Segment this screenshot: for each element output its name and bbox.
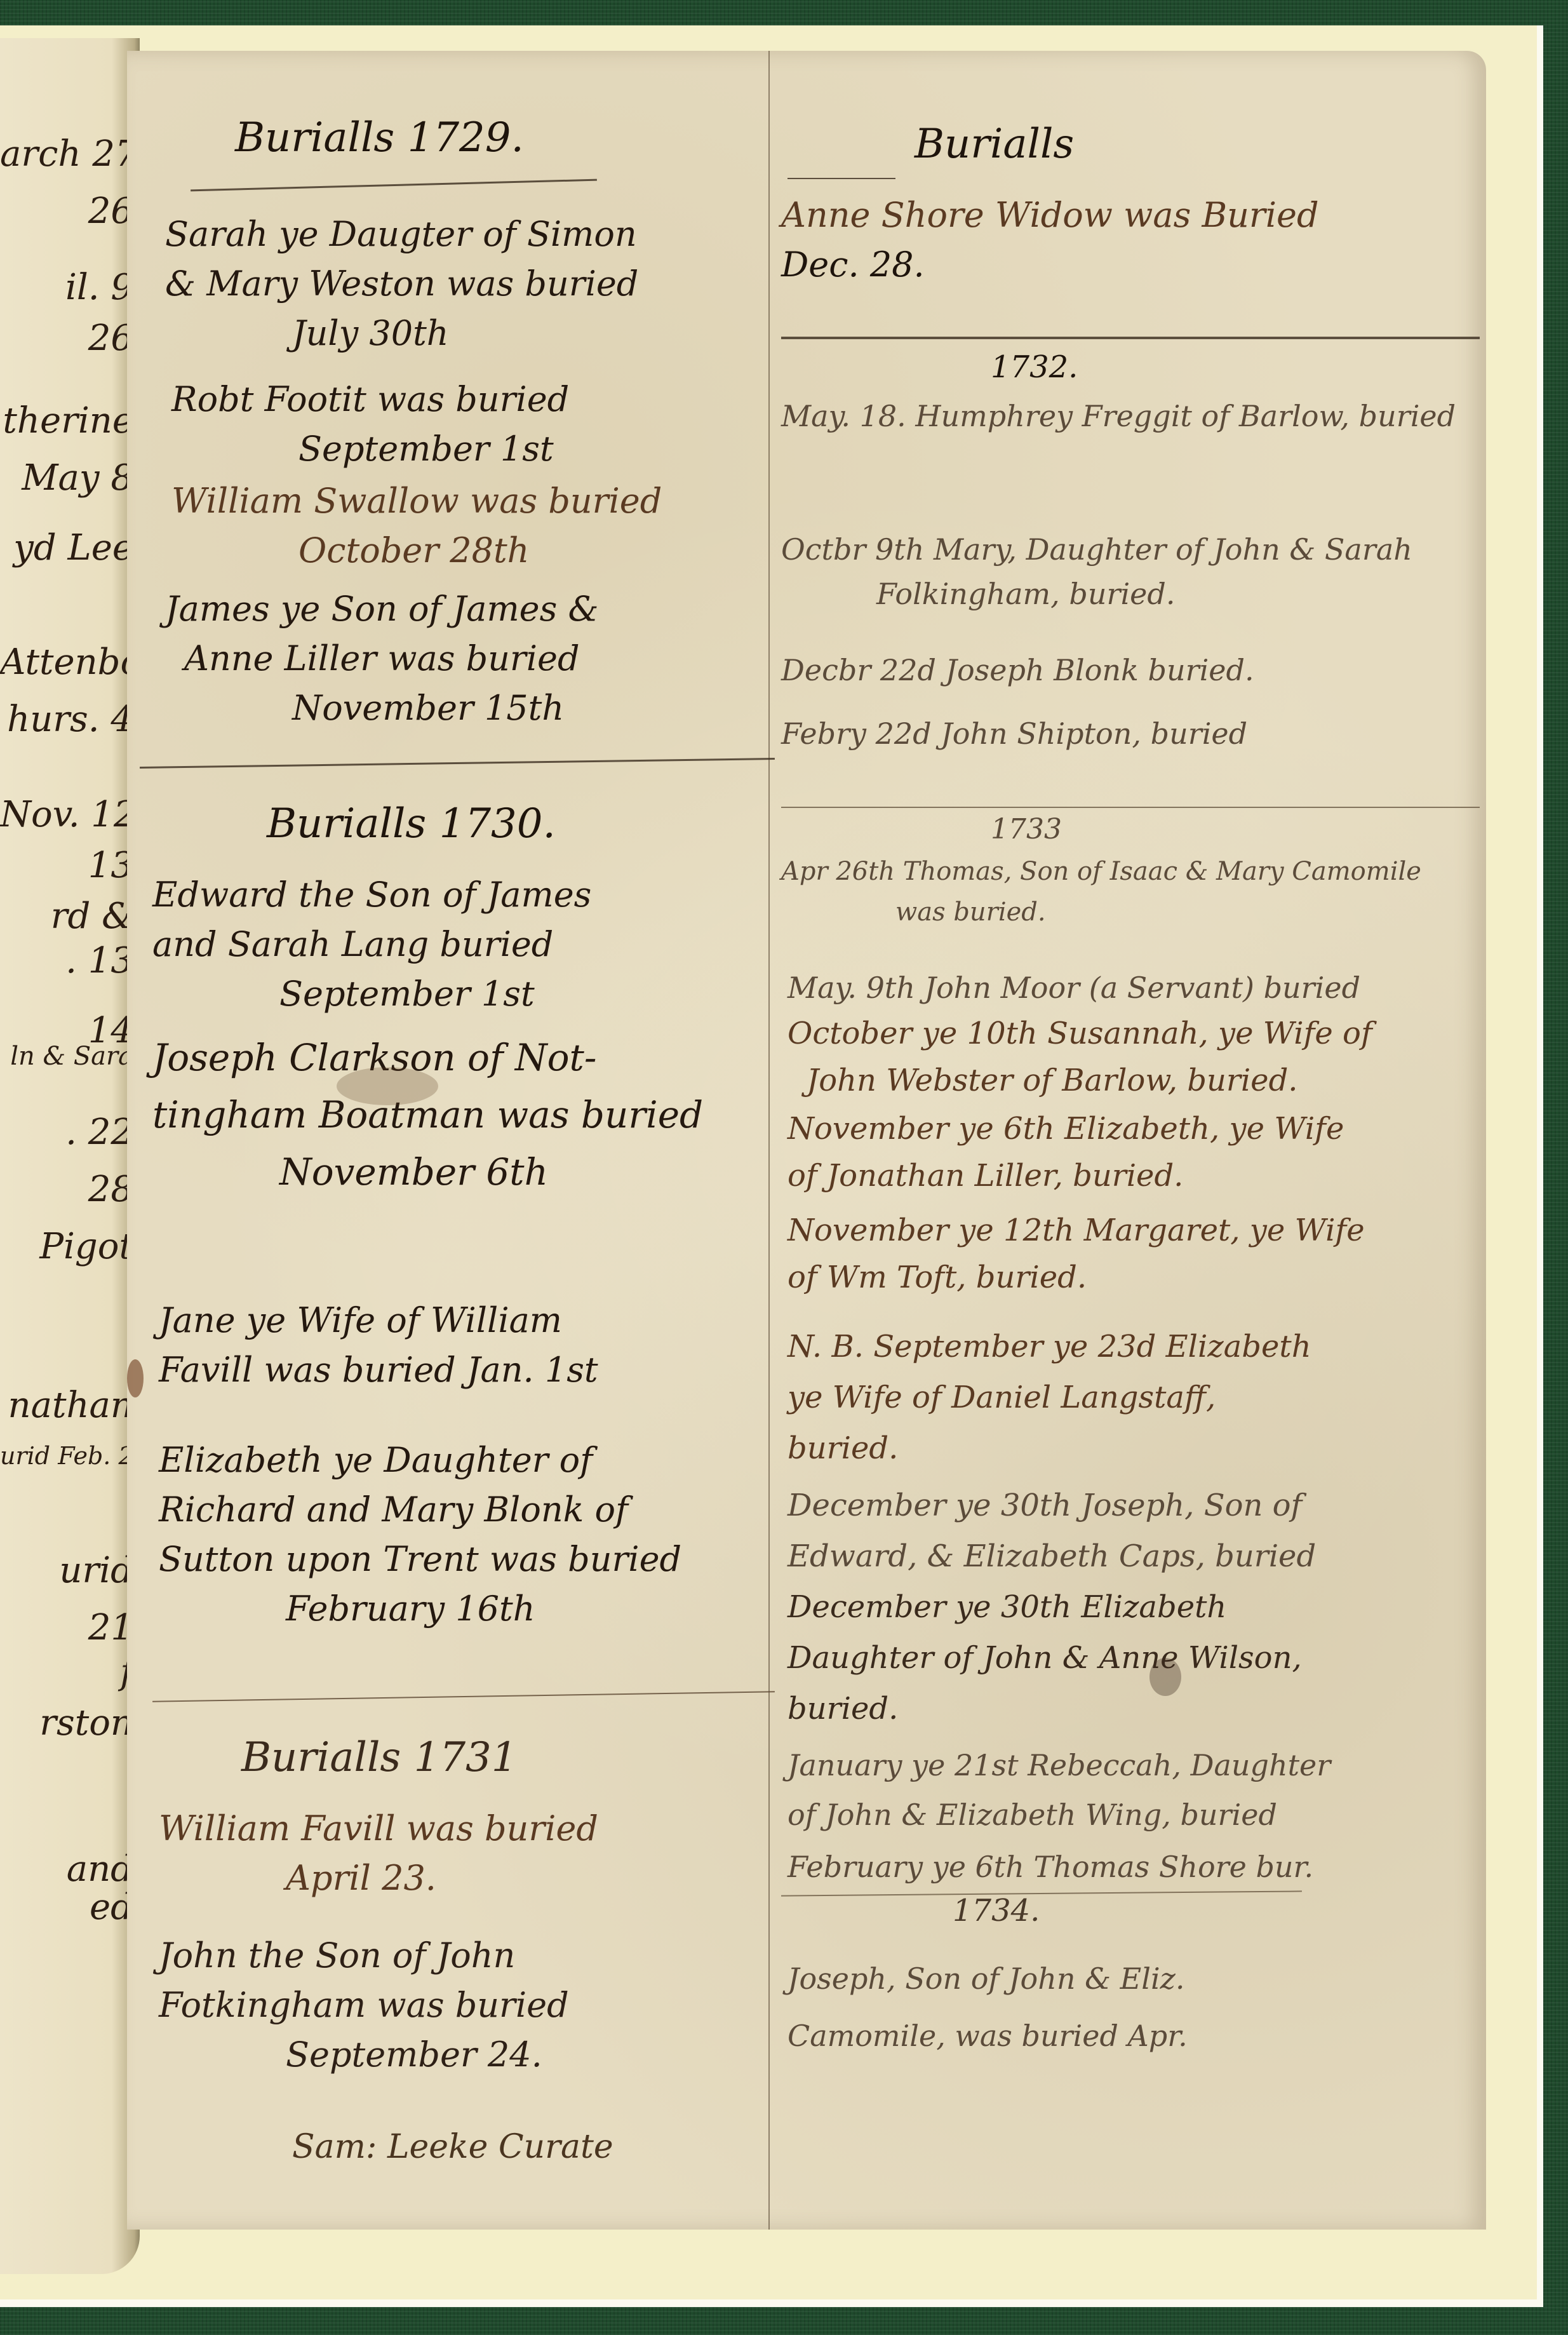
burial-entry: May. 9th John Moor (a Servant) buried: [787, 966, 1360, 1010]
section-heading-burialls: Burialls: [915, 121, 1074, 168]
register-page: Burialls 1729. Sarah ye Daugter of Simon…: [127, 51, 1486, 2230]
margin-fragment: 26: [0, 318, 133, 359]
heading-underline: [191, 179, 597, 192]
section-heading-1730: Burialls 1730.: [267, 800, 556, 847]
margin-fragment: hurs. 4: [0, 699, 133, 740]
section-heading-1732: 1732.: [991, 349, 1078, 385]
margin-fragment: il. 9: [0, 267, 133, 308]
margin-fragment: 21: [0, 1607, 133, 1648]
margin-fragment: May 8: [0, 457, 133, 499]
burial-entry: Apr 26th Thomas, Son of Isaac & Mary Cam…: [781, 851, 1421, 932]
burial-entry: Joseph Clarkson of Not- tingham Boatman …: [152, 1029, 703, 1201]
margin-fragment: therine: [0, 400, 133, 441]
burial-entry: Jane ye Wife of William Favill was burie…: [159, 1296, 598, 1395]
burial-entry: William Swallow was buried October 28th: [171, 476, 662, 575]
burial-entry: May. 18. Humphrey Freggit of Barlow, bur…: [781, 394, 1456, 438]
burial-entry: Joseph, Son of John & Eliz. Camomile, wa…: [787, 1950, 1188, 2064]
section-divider: [781, 807, 1480, 808]
margin-fragment: nathan: [0, 1385, 133, 1426]
margin-fragment: ed: [0, 1887, 133, 1928]
margin-fragment: . 22: [0, 1112, 133, 1153]
burial-entry: January ye 21st Rebeccah, Daughter of Jo…: [787, 1740, 1330, 1840]
burial-entry: Decbr 22d Joseph Blonk buried.: [781, 648, 1254, 692]
left-page-edge: arch 27 26 il. 9 26 therine May 8 yd Lee…: [0, 38, 140, 2274]
burial-entry: Edward the Son of James and Sarah Lang b…: [152, 870, 591, 1019]
burial-entry: Elizabeth ye Daughter of Richard and Mar…: [159, 1436, 681, 1634]
section-divider: [781, 337, 1480, 339]
margin-fragment: Attenboro: [0, 642, 133, 683]
burial-entry: James ye Son of James & Anne Liller was …: [165, 584, 599, 733]
burial-entry: December ye 30th Joseph, Son of Edward, …: [787, 1480, 1316, 1582]
margin-fragment: urid Feb. 20: [0, 1442, 133, 1470]
burial-entry: N. B. September ye 23d Elizabeth ye Wife…: [787, 1321, 1311, 1474]
margin-fragment: arch 27: [0, 133, 133, 175]
burial-entry: Anne Shore Widow was Buried Dec. 28.: [781, 191, 1319, 290]
burial-entry: John the Son of John Fotkingham was buri…: [159, 1931, 569, 2080]
section-heading-1734: 1734.: [953, 1893, 1040, 1928]
section-divider: [152, 1691, 775, 1702]
burial-entry: February ye 6th Thomas Shore bur.: [787, 1842, 1313, 1892]
wax-spot: [127, 1359, 144, 1397]
burial-entry: Febry 22d John Shipton, buried: [781, 711, 1247, 756]
margin-fragment: rston: [0, 1702, 133, 1744]
burial-entry: November ye 6th Elizabeth, ye Wife of Jo…: [787, 1105, 1344, 1199]
margin-fragment: Nov. 12: [0, 794, 133, 835]
margin-fragment: ln & Sara: [0, 1042, 133, 1071]
section-divider: [140, 758, 775, 769]
margin-fragment: 26: [0, 191, 133, 232]
burial-entry: Robt Footit was buried September 1st: [171, 375, 569, 474]
right-column: Burialls Anne Shore Widow was Buried Dec…: [781, 51, 1480, 2230]
margin-fragment: . 13: [0, 940, 133, 981]
margin-fragment: and: [0, 1848, 133, 1890]
burial-entry: Sarah ye Daugter of Simon & Mary Weston …: [165, 210, 638, 358]
column-divider: [768, 51, 770, 2230]
section-heading-1733: 1733: [991, 813, 1062, 845]
burial-entry: December ye 30th Elizabeth Daughter of J…: [787, 1582, 1302, 1734]
ink-smudge: [1149, 1658, 1181, 1696]
burial-entry: November ye 12th Margaret, ye Wife of Wm…: [787, 1207, 1365, 1301]
margin-fragment: yd Lee: [0, 527, 133, 569]
margin-fragment: 13: [0, 845, 133, 886]
section-heading-1729: Burialls 1729.: [235, 114, 524, 161]
burial-entry: October ye 10th Susannah, ye Wife of Joh…: [787, 1010, 1372, 1104]
margin-fragment: rd &: [0, 896, 133, 937]
margin-fragment: urid: [0, 1550, 133, 1591]
section-heading-1731: Burialls 1731: [241, 1734, 517, 1781]
burial-entry: William Favill was buried April 23.: [159, 1804, 598, 1903]
ink-smudge: [337, 1067, 438, 1105]
margin-fragment: Pigot: [0, 1226, 133, 1267]
heading-underline: [787, 178, 895, 179]
burial-entry: Octbr 9th Mary, Daughter of John & Sarah…: [781, 527, 1412, 616]
curate-signature: Sam: Leeke Curate: [292, 2128, 613, 2166]
left-column: Burialls 1729. Sarah ye Daugter of Simon…: [140, 51, 762, 2230]
margin-fragment: f: [0, 1652, 133, 1693]
margin-fragment: 28: [0, 1169, 133, 1210]
